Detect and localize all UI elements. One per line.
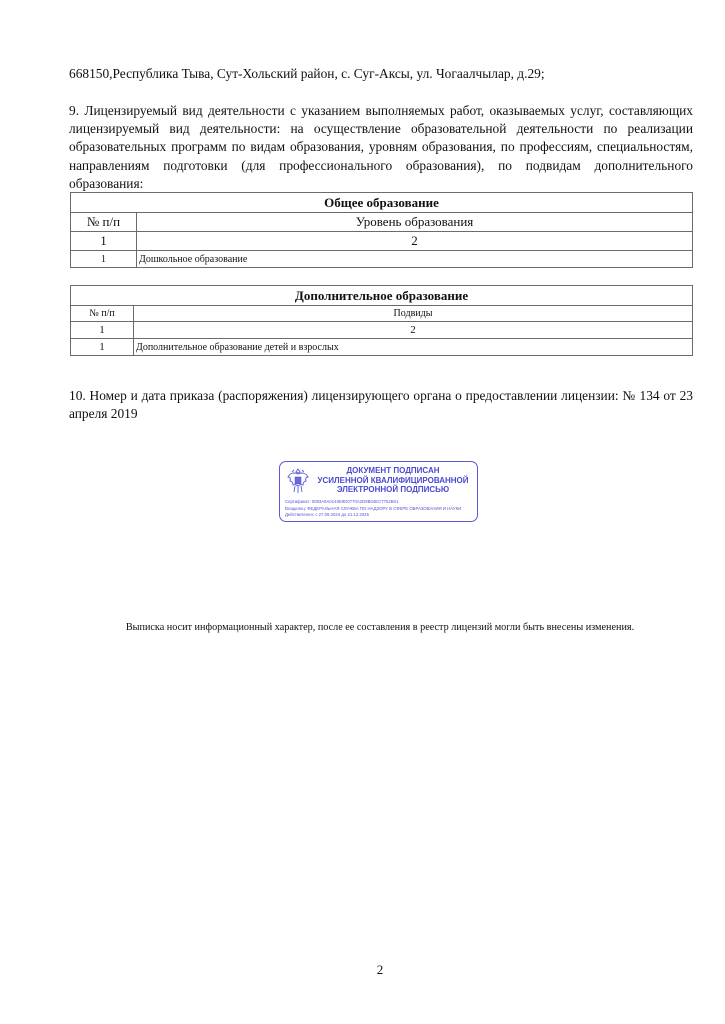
stamp-heading-line: ДОКУМЕНТ ПОДПИСАН bbox=[312, 466, 474, 476]
column-number-1: 1 bbox=[71, 232, 137, 251]
table-row: 1 Дополнительное образование детей и взр… bbox=[71, 339, 693, 356]
column-number-row: 1 2 bbox=[71, 232, 693, 251]
table-title-row: Общее образование bbox=[71, 193, 693, 213]
header-level: Уровень образования bbox=[137, 213, 693, 232]
table-header-row: № п/п Подвиды bbox=[71, 306, 693, 322]
table-row: 1 Дошкольное образование bbox=[71, 251, 693, 268]
address-line: 668150,Республика Тыва, Сут-Хольский рай… bbox=[69, 66, 694, 82]
validity-line: Действителен: с 27.09.2024 до 21.12.2025 bbox=[285, 512, 475, 519]
electronic-signature-stamp: ДОКУМЕНТ ПОДПИСАН УСИЛЕННОЙ КВАЛИФИЦИРОВ… bbox=[279, 461, 478, 522]
row-number: 1 bbox=[71, 251, 137, 268]
additional-education-table: Дополнительное образование № п/п Подвиды… bbox=[70, 285, 693, 356]
table-title: Общее образование bbox=[71, 193, 693, 213]
owner-line: Владелец: ФЕДЕРАЛЬНАЯ СЛУЖБА ПО НАДЗОРУ … bbox=[285, 506, 475, 513]
table-header-row: № п/п Уровень образования bbox=[71, 213, 693, 232]
stamp-heading-line: ЭЛЕКТРОННОЙ ПОДПИСЬЮ bbox=[312, 485, 474, 495]
header-number: № п/п bbox=[71, 213, 137, 232]
stamp-details: Сертификат: 0083A9A0140E9D0770A2D8B04EC7… bbox=[285, 499, 475, 519]
section-9-paragraph: 9. Лицензируемый вид деятельности с указ… bbox=[69, 102, 693, 193]
footer-note: Выписка носит информационный характер, п… bbox=[0, 622, 725, 633]
russian-coat-of-arms-icon bbox=[286, 466, 310, 496]
stamp-heading-line: УСИЛЕННОЙ КВАЛИФИЦИРОВАННОЙ bbox=[312, 476, 474, 486]
column-number-1: 1 bbox=[71, 322, 134, 339]
table-title-row: Дополнительное образование bbox=[71, 286, 693, 306]
row-number: 1 bbox=[71, 339, 134, 356]
page-number: 2 bbox=[0, 962, 725, 978]
row-value: Дополнительное образование детей и взрос… bbox=[134, 339, 693, 356]
stamp-heading: ДОКУМЕНТ ПОДПИСАН УСИЛЕННОЙ КВАЛИФИЦИРОВ… bbox=[312, 466, 474, 495]
column-number-2: 2 bbox=[137, 232, 693, 251]
general-education-table: Общее образование № п/п Уровень образова… bbox=[70, 192, 693, 268]
header-subtypes: Подвиды bbox=[134, 306, 693, 322]
column-number-row: 1 2 bbox=[71, 322, 693, 339]
table-title: Дополнительное образование bbox=[71, 286, 693, 306]
row-value: Дошкольное образование bbox=[137, 251, 693, 268]
column-number-2: 2 bbox=[134, 322, 693, 339]
section-10-paragraph: 10. Номер и дата приказа (распоряжения) … bbox=[69, 387, 693, 423]
certificate-line: Сертификат: 0083A9A0140E9D0770A2D8B04EC7… bbox=[285, 499, 475, 506]
header-number: № п/п bbox=[71, 306, 134, 322]
